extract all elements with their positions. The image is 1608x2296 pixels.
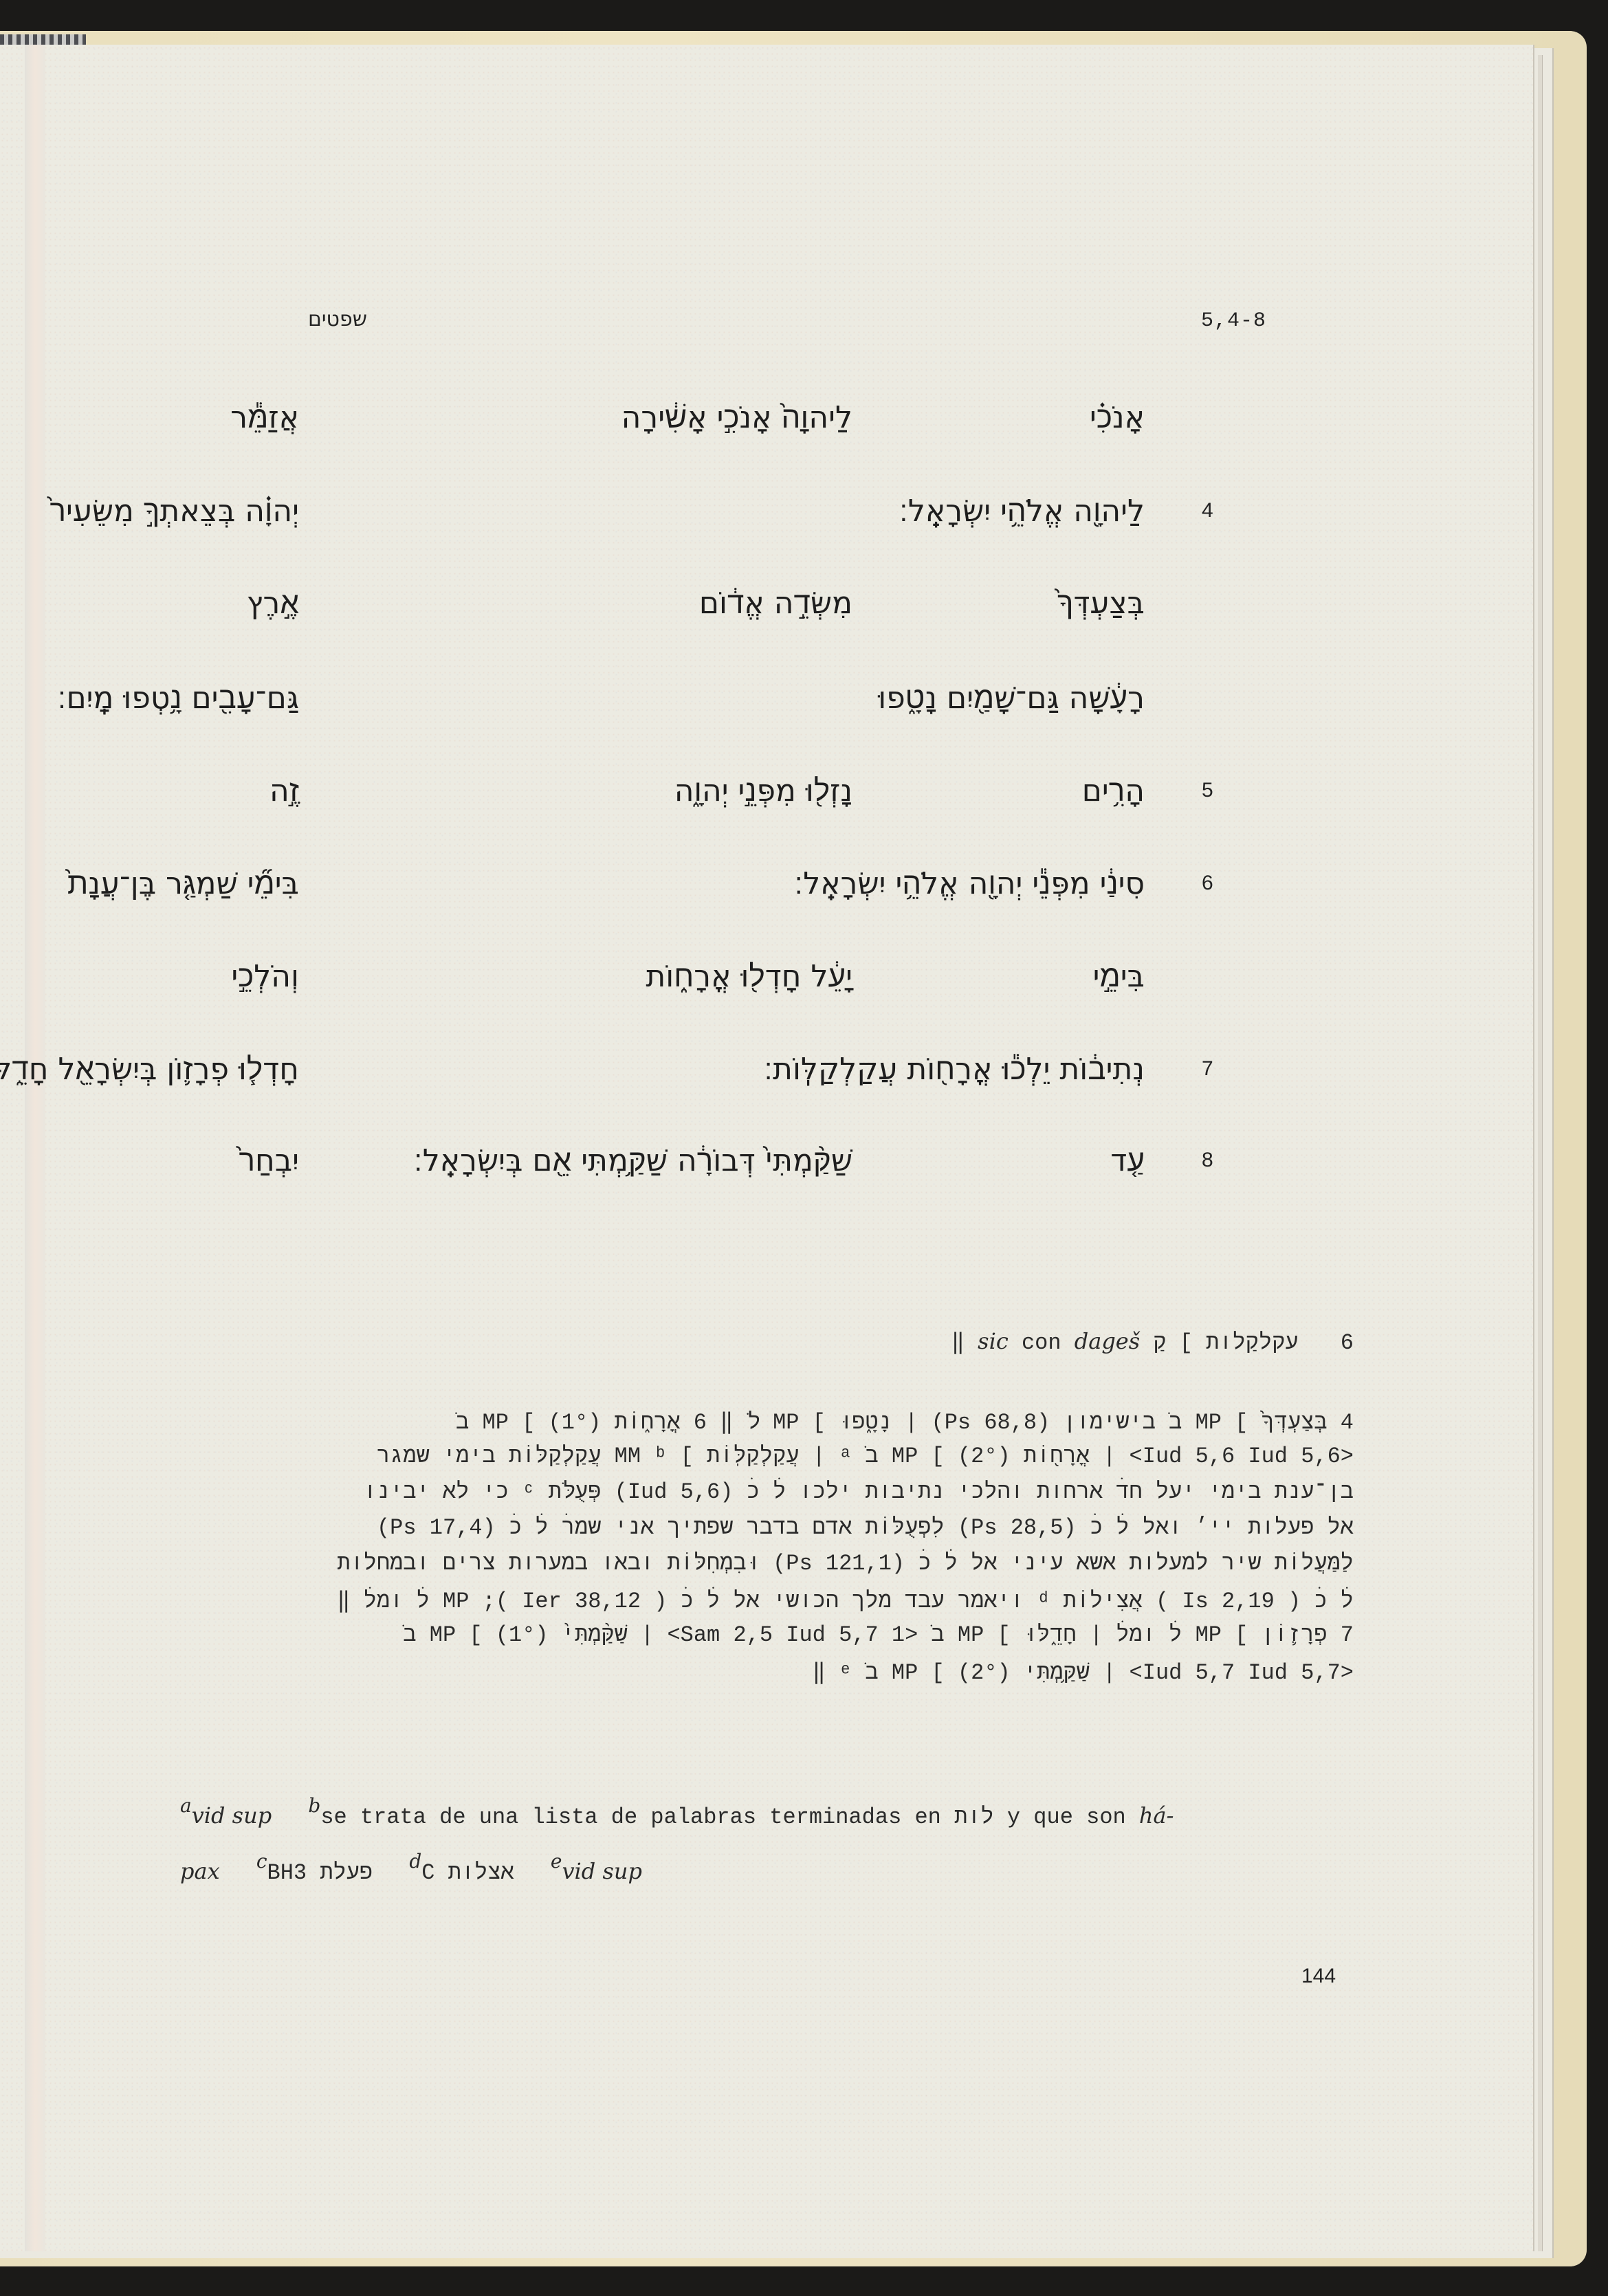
verse-row: בְּצַעְדְּךָ֙מִשְּׂדֵ֣ה אֱד֔וֹםאֶ֣רֶץ <box>0 586 1533 634</box>
verse-row: 6סִינַ֔י מִפְּנֵ֕י יְהוָ֖ה אֱלֹהֵ֥י יִשְ… <box>0 866 1533 914</box>
colon-middle: יָעֵ֔ל חָדְל֖וּ אֳרָח֑וֹת <box>646 959 852 994</box>
colon-right: בְּצַעְדְּךָ֙ <box>1057 586 1145 621</box>
verse-number: 6 <box>1202 872 1213 895</box>
apparatus-line: אל פעלות יי׳ ואל לׄ כׄ (Ps 28,5) לִפְעֻל… <box>377 1515 1354 1541</box>
apparatus-line: לׄ כׄ ( Is 2,19 ) אֲצִילוֹת ᵈ ויאמר עבד … <box>337 1587 1354 1614</box>
running-title: שפטים <box>308 307 367 331</box>
colon-right: נְתִיב֔וֹת יֵלְכ֕וּ אֳרָח֖וֹת עֲקַלְקַלּ… <box>764 1052 1145 1087</box>
colon-left: חָדְל֧וּ פְרָז֛וֹן בְּיִשְׂרָאֵ֖ל חָדֵ֑ל… <box>0 1052 299 1087</box>
colon-middle: נָזְל֖וּ מִפְּנֵ֣י יְהוָ֑ה <box>674 773 852 808</box>
colon-middle: מִשְּׂדֵ֣ה אֱד֔וֹם <box>699 586 852 621</box>
footnote-b: bse trata de una lista de palabras termi… <box>308 1804 1174 1830</box>
apparatus-lemma: עקלקַלות ] קַ <box>1153 1330 1298 1356</box>
verse-row: אָנֹכִ֗ילַיהוָה֙ אָנֹכִ֣י אָשִׁ֔ירָהאֲזַ… <box>0 400 1533 448</box>
colon-middle: לַיהוָה֙ אָנֹכִ֣י אָשִׁ֔ירָה <box>621 400 852 435</box>
footnote-b-continuation: pax <box>180 1858 220 1884</box>
verse-row: 8עַ֤דשַׁקַּ֨מְתִּי֙ דְּבוֹרָ֔ה שַׁקַּ֥מְ… <box>0 1143 1533 1191</box>
verse-number: 7 <box>1202 1057 1213 1081</box>
colon-left: יְהוָ֗ה בְּצֵאתְךָ֣ מִשֵּׂעִיר֙ <box>50 494 299 529</box>
colon-left: זֶ֣ה <box>269 773 299 808</box>
verse-row: בִּימֵ֣ייָעֵ֔ל חָדְל֖וּ אֳרָח֑וֹתוְהֹלְכ… <box>0 959 1533 1007</box>
apparatus-masorah-note: 6 עקלקַלות ] קַ sic con dageš ‖ <box>951 1328 1354 1356</box>
colon-left: אֲזַמֵּ֕ר <box>230 400 299 435</box>
chapter-reference: 5,4-8 <box>1201 309 1266 333</box>
colon-left: יִבְחַר֙ <box>239 1143 299 1178</box>
footnote-a: avid sup <box>180 1804 272 1830</box>
colon-right: הָרִ֥ים <box>1082 773 1145 808</box>
apparatus-con: con <box>1022 1330 1061 1356</box>
footnote-e: evid sup <box>551 1860 642 1886</box>
footnote-c: cBH3 פעלת <box>256 1860 373 1886</box>
colon-right: לַיהוָ֖ה אֱלֹהֵ֥י יִשְׂרָאֵֽל׃ <box>899 494 1145 529</box>
apparatus-dages: dageš <box>1075 1328 1140 1354</box>
colon-right: רָעָ֔שָׁה גַּם־שָׁמַ֖יִם נָטָ֑פוּ <box>878 681 1145 716</box>
verse-number: 8 <box>1202 1149 1213 1172</box>
apparatus-line: <Iud 5,7 Iud 5,7> | שַׁקַּ֥מְתִּי (2°) ]… <box>813 1658 1354 1686</box>
verse-number: 4 <box>1202 499 1213 522</box>
apparatus-line: לַמַּעֲלוֹת שיר למעלות אשא עיני אל לׄ כׄ… <box>337 1551 1354 1576</box>
footnote-line-2: pax cBH3 פעלת dC אצלות evid sup <box>180 1840 1349 1895</box>
verse-row: 5הָרִ֥יםנָזְל֖וּ מִפְּנֵ֣י יְהוָ֑הזֶ֣ה <box>0 773 1533 821</box>
colon-left: גַּם־עָבִ֖ים נָ֥טְפוּ מָֽיִם׃ <box>57 681 299 716</box>
colon-right: בִּימֵ֣י <box>1093 959 1145 994</box>
apparatus-line: 4 בְּצַעְדְּךָ֙ ] MP בֹ בישימון (Ps 68,8… <box>456 1408 1354 1435</box>
colon-right: סִינַ֔י מִפְּנֵ֕י יְהוָ֖ה אֱלֹהֵ֥י יִשְׂ… <box>794 866 1145 901</box>
apparatus-sic: sic <box>978 1328 1009 1354</box>
footnote-line-1: avid sup bse trata de una lista de palab… <box>180 1784 1349 1840</box>
verse-row: 7נְתִיב֔וֹת יֵלְכ֕וּ אֳרָח֖וֹת עֲקַלְקַל… <box>0 1052 1533 1100</box>
apparatus-line: בן־ענת בימי יעל חדׄ ארחות והלכי נתיבות י… <box>364 1479 1354 1505</box>
colon-right: עַ֤ד <box>1110 1143 1145 1178</box>
apparatus-line: 7 פְרָז֛וֹן ] MP לׄ ומלׄ | חָדֵ֑לּוּ ] M… <box>403 1622 1354 1648</box>
footnote-d: dC אצלות <box>409 1860 514 1886</box>
page-number: 144 <box>1301 1965 1336 1988</box>
verse-row: רָעָ֔שָׁה גַּם־שָׁמַ֖יִם נָטָ֑פוּגַּם־עָ… <box>0 681 1533 729</box>
footnotes: avid sup bse trata de una lista de palab… <box>180 1784 1349 1895</box>
apparatus-verse-number: 6 <box>1341 1330 1354 1356</box>
apparatus-end-mark: ‖ <box>951 1330 965 1356</box>
colon-middle: שַׁקַּ֨מְתִּי֙ דְּבוֹרָ֔ה שַׁקַּ֥מְתִּי … <box>414 1143 852 1178</box>
colon-left: וְהֹלְכֵ֣י <box>231 959 299 994</box>
verse-row: 4לַיהוָ֖ה אֱלֹהֵ֥י יִשְׂרָאֵֽל׃יְהוָ֗ה ב… <box>0 494 1533 542</box>
apparatus-line: <Iud 5,6 Iud 5,6> | אֳרָח֖וֹת (2°) ] MP … <box>377 1444 1354 1469</box>
colon-left: בִּימֵ֞י שַׁמְגַּ֤ר בֶּן־עֲנָת֙ <box>67 866 299 901</box>
verse-number: 5 <box>1202 779 1213 802</box>
colon-left: אֶ֣רֶץ <box>247 586 299 621</box>
colon-right: אָנֹכִ֗י <box>1090 400 1145 435</box>
